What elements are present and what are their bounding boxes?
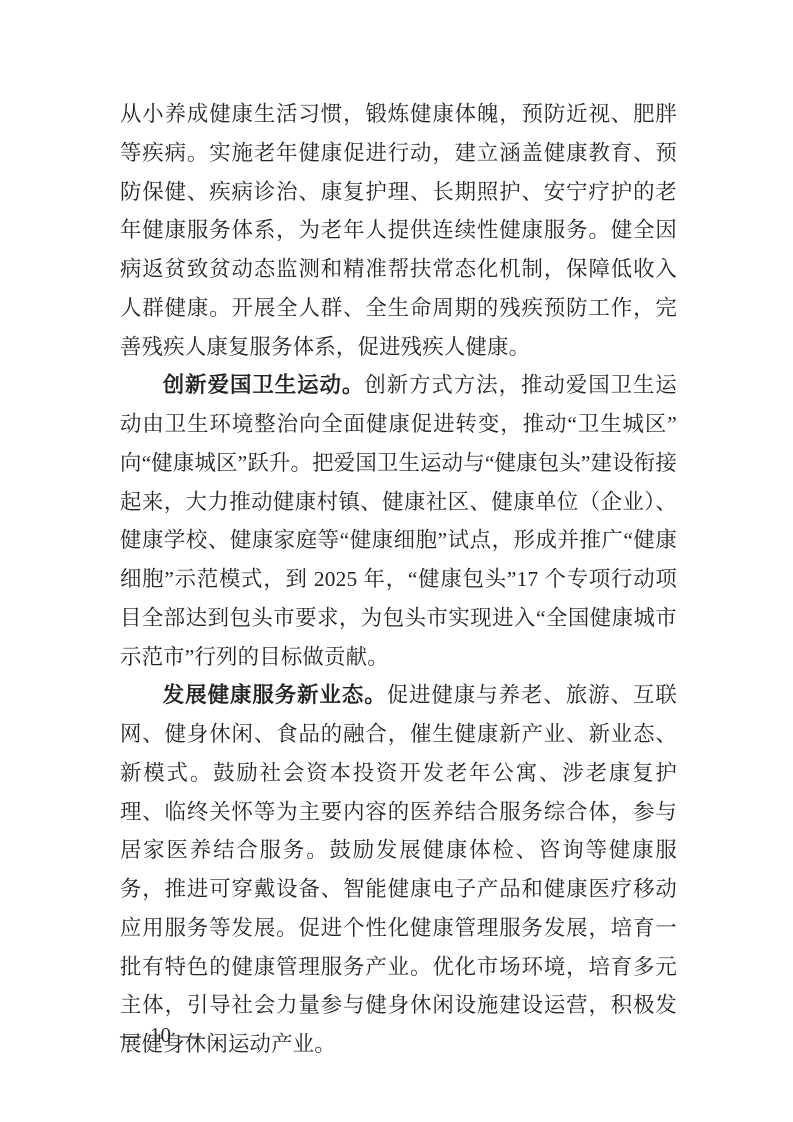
paragraph-continuation: 从小养成健康生活习惯，锻炼健康体魄，预防近视、肥胖等疾病。实施老年健康促进行动，… — [120, 95, 677, 366]
document-body: 从小养成健康生活习惯，锻炼健康体魄，预防近视、肥胖等疾病。实施老年健康促进行动，… — [120, 95, 677, 1064]
paragraph-2-bold-heading: 创新爱国卫生运动。 — [163, 373, 365, 397]
paragraph-health-service-industry: 发展健康服务新业态。促进健康与养老、旅游、互联网、健身休闲、食品的融合，催生健康… — [120, 676, 677, 1064]
footer-dash-left: — — [120, 1023, 141, 1047]
paragraph-3-text: 促进健康与养老、旅游、互联网、健身休闲、食品的融合，催生健康新产业、新业态、新模… — [120, 683, 677, 1056]
paragraph-patriotic-health-campaign: 创新爱国卫生运动。创新方式方法，推动爱国卫生运动由卫生环境整治向全面健康促进转变… — [120, 366, 677, 676]
page-number: 10 — [150, 1022, 171, 1048]
paragraph-2-text: 创新方式方法，推动爱国卫生运动由卫生环境整治向全面健康促进转变，推动“卫生城区”… — [120, 373, 677, 668]
paragraph-1-text: 从小养成健康生活习惯，锻炼健康体魄，预防近视、肥胖等疾病。实施老年健康促进行动，… — [120, 102, 677, 359]
page-footer: —10— — [120, 1022, 201, 1048]
paragraph-3-bold-heading: 发展健康服务新业态。 — [163, 683, 387, 707]
document-page: 从小养成健康生活习惯，锻炼健康体魄，预防近视、肥胖等疾病。实施老年健康促进行动，… — [0, 0, 793, 1122]
footer-dash-right: — — [180, 1023, 201, 1047]
